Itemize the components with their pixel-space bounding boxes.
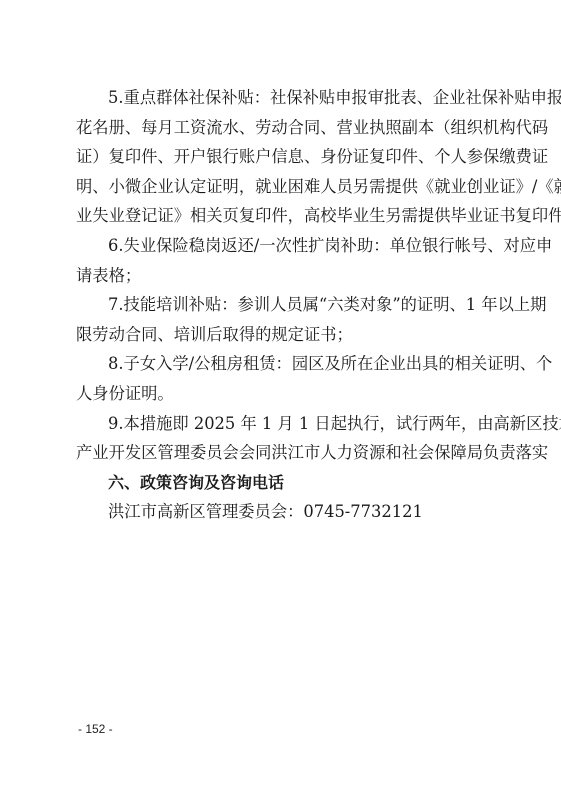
text-line: 8.子女入学/公租房租赁：园区及所在企业出具的相关证明、个 (76, 349, 486, 379)
item-5-social-insurance-subsidy: 5.重点群体社保补贴：社保补贴申报审批表、企业社保补贴申报 花名册、每月工资流水… (76, 83, 486, 231)
item-9-effective-date: 9.本措施即 2025 年 1 月 1 日起执行，试行两年，由高新区技术 产业开… (76, 409, 486, 468)
text-line: 人身份证明。 (76, 379, 486, 409)
text-line: 业失业登记证》相关页复印件，高校毕业生另需提供毕业证书复印件； (76, 201, 486, 231)
text-line: 请表格； (76, 261, 486, 291)
text-line: 7.技能培训补贴：参训人员属“六类对象”的证明、1 年以上期 (76, 290, 486, 320)
document-body: 5.重点群体社保补贴：社保补贴申报审批表、企业社保补贴申报 花名册、每月工资流水… (76, 83, 486, 527)
text-line: 产业开发区管理委员会会同洪江市人力资源和社会保障局负责落实 (76, 438, 486, 468)
contact-info: 洪江市高新区管理委员会：0745-7732121 (76, 497, 486, 527)
text-line: 5.重点群体社保补贴：社保补贴申报审批表、企业社保补贴申报 (76, 83, 486, 113)
text-line: 6.失业保险稳岗返还/一次性扩岗补助：单位银行帐号、对应申 (76, 231, 486, 261)
text-line: 限劳动合同、培训后取得的规定证书； (76, 320, 486, 350)
page-number: - 152 - (78, 722, 113, 736)
text-line: 证）复印件、开户银行账户信息、身份证复印件、个人参保缴费证 (76, 142, 486, 172)
section-heading: 六、政策咨询及咨询电话 (76, 468, 486, 498)
item-6-unemployment-insurance: 6.失业保险稳岗返还/一次性扩岗补助：单位银行帐号、对应申 请表格； (76, 231, 486, 290)
text-line: 花名册、每月工资流水、劳动合同、营业执照副本（组织机构代码 (76, 113, 486, 143)
text-line: 9.本措施即 2025 年 1 月 1 日起执行，试行两年，由高新区技术 (76, 409, 486, 439)
text-line: 明、小微企业认定证明，就业困难人员另需提供《就业创业证》/《就 (76, 172, 486, 202)
document-page: 5.重点群体社保补贴：社保补贴申报审批表、企业社保补贴申报 花名册、每月工资流水… (0, 0, 561, 793)
item-8-school-housing: 8.子女入学/公租房租赁：园区及所在企业出具的相关证明、个 人身份证明。 (76, 349, 486, 408)
item-7-skill-training-subsidy: 7.技能培训补贴：参训人员属“六类对象”的证明、1 年以上期 限劳动合同、培训后… (76, 290, 486, 349)
